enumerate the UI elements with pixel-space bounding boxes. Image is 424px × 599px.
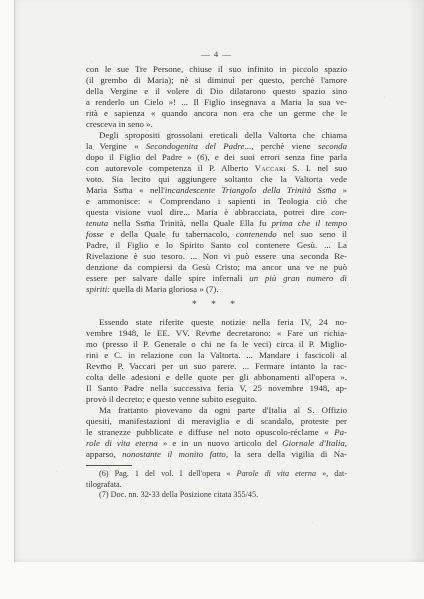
- text-line: Essendo state riferite queste notizie ne…: [86, 317, 347, 328]
- text-line: colta delle adesioni e delle quote per g…: [86, 372, 347, 383]
- text-line: fosse e della Quale fu tabernacolo, cont…: [86, 229, 347, 240]
- text-line: tenuta nella Ssm̄a Trinità, nella Quale …: [86, 218, 347, 229]
- text-line: mo (presso il P. Generale o chi ne fa le…: [86, 339, 347, 350]
- text-line: denzione da compiersi da Gesù Cristo; ma…: [86, 262, 347, 273]
- text-line: con le sue Tre Persone, chiuse il suo in…: [86, 64, 347, 75]
- text-line: Degli spropositi grossolani ereticali de…: [86, 130, 347, 141]
- text-line: a renderlo un Cielo »! ... Il Figlio ins…: [86, 97, 347, 108]
- text-line: Revm̄o P. Vaccari per un suo parere. ...…: [86, 361, 347, 372]
- text-line: Rivelazione è suo tesoro. ... Non vi può…: [86, 251, 347, 262]
- footnote-line: (7) Doc. nn. 32-33 della Posizione citat…: [86, 490, 347, 501]
- text-line: della Vergine e il volere di Dio dilatar…: [86, 86, 347, 97]
- text-line: essere per salvare dalle spire infernali…: [86, 273, 347, 284]
- text-line: spiriti: quella di Maria gloriosa » (7).: [86, 284, 347, 295]
- text-line: la Vergine « Secondogenita del Padre...,…: [86, 141, 347, 152]
- text-line: con autorevole competenza il P. Alberto …: [86, 163, 347, 174]
- text-line: Il Santo Padre nella successiva feria V,…: [86, 383, 347, 394]
- text-line: role di vita eterna » e in un nuovo arti…: [86, 438, 347, 449]
- text-line: rità e sapienza « quando ancora non era …: [86, 108, 347, 119]
- text-line: (il grembo di Maria); nè si diminuì per …: [86, 75, 347, 86]
- text-line: Ma frattanto piovevano da ogni parte d'I…: [86, 405, 347, 416]
- text-line: rini e C. in relazione con la Valtorta. …: [86, 350, 347, 361]
- text-line: voto. Sia lecito qui aggiungere soltanto…: [86, 174, 347, 185]
- page-number: — 4 —: [86, 49, 347, 59]
- page-body: con le sue Tre Persone, chiuse il suo in…: [86, 64, 347, 501]
- text-line: apparso, nonostante il monito fatto, la …: [86, 449, 347, 460]
- text-line: le stranezze pubblicate e diffuse nel no…: [86, 427, 347, 438]
- text-line: vembre 1948, le EE. VV. Revm̄e decretaro…: [86, 328, 347, 339]
- footnote-line: (6) Pag. 1 del vol. I dell'opera « Parol…: [86, 469, 347, 480]
- text-line: Padre, il Figlio e lo Spirito Santo col …: [86, 240, 347, 251]
- text-line: dopo il Figlio del Padre » (6), e dei su…: [86, 152, 347, 163]
- text-line: cresceva in seno ».: [86, 119, 347, 130]
- footnote-line: tilografata.: [86, 480, 347, 491]
- scanned-document-screenshot: { "document": { "page_number": "— 4 —", …: [0, 0, 424, 599]
- text-line: e ammonisce: « Comprendano i sapienti in…: [86, 196, 347, 207]
- text-line: provò il decreto; e questo venne subito …: [86, 394, 347, 405]
- section-divider: * * *: [86, 300, 347, 311]
- text-line: questa visione vuol dire... Maria è abbr…: [86, 207, 347, 218]
- text-line: Maria Ssm̄a « nell'incandescente Triango…: [86, 185, 347, 196]
- text-line: quesiti, manifestazioni di meraviglia e …: [86, 416, 347, 427]
- footnote-rule: [86, 465, 132, 466]
